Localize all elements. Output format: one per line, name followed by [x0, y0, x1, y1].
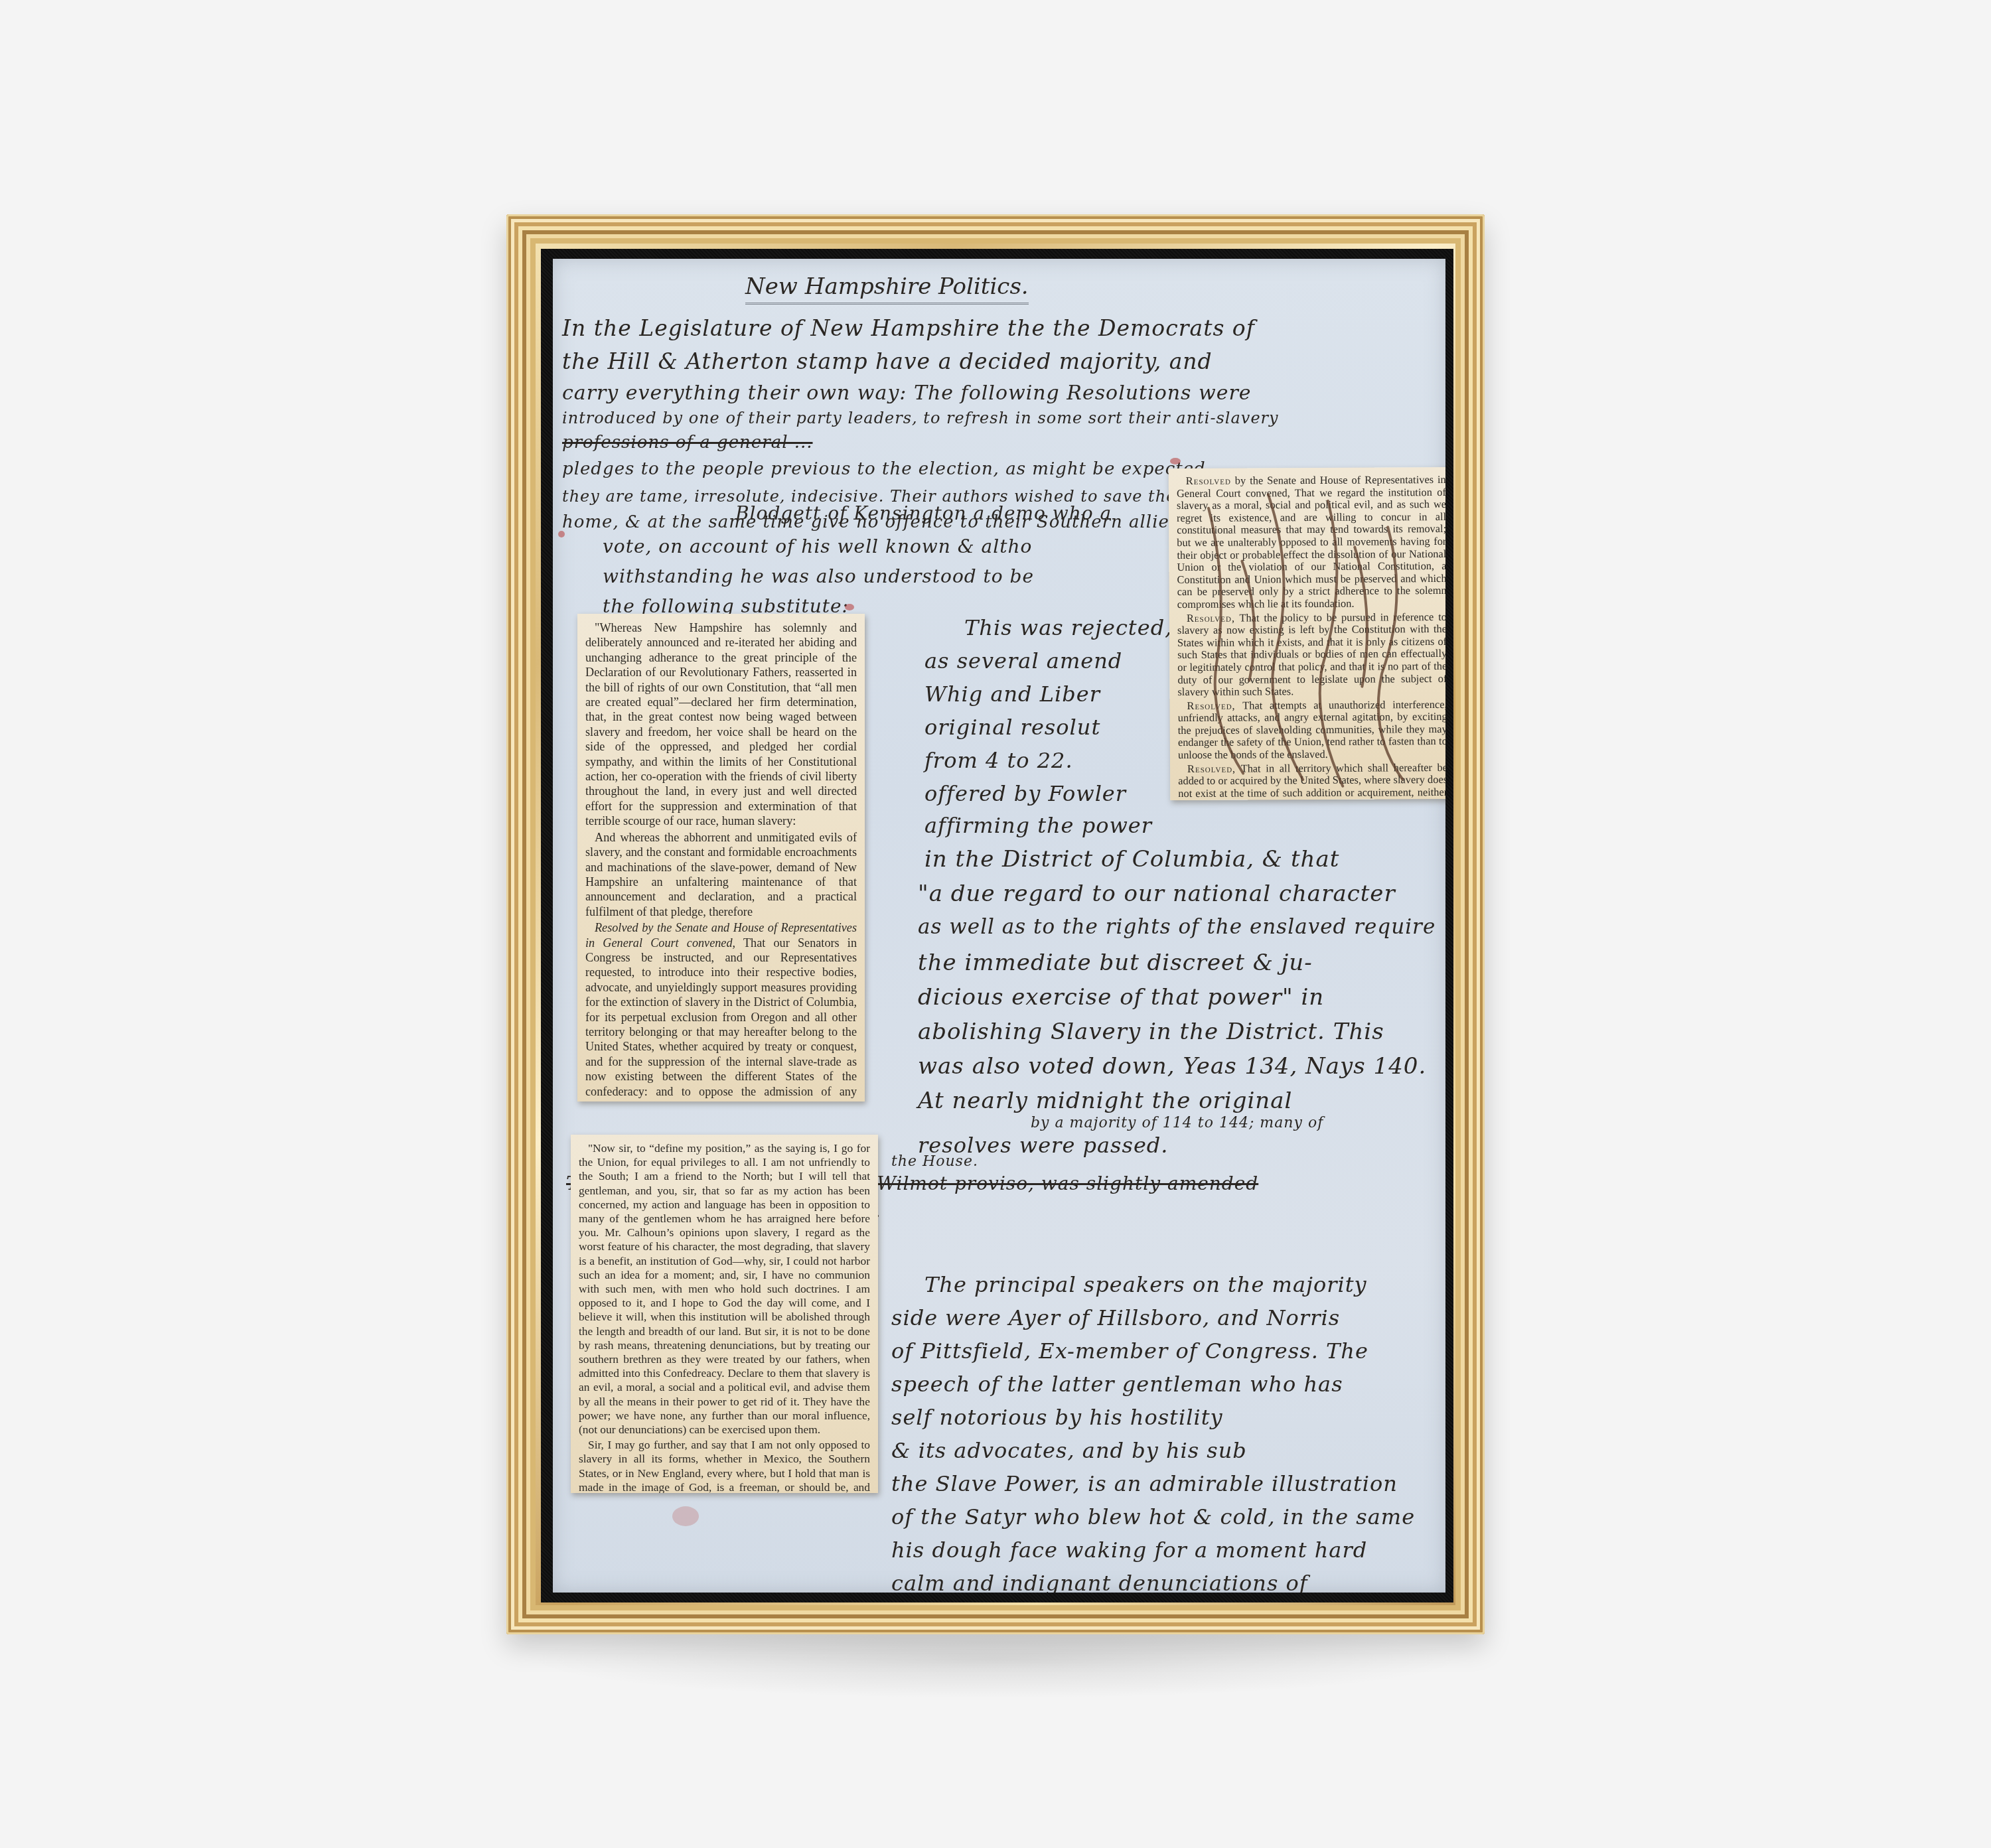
clipping-resolved-lead: Resolved, [1187, 762, 1236, 774]
handwritten-line: The principal speakers on the majority [924, 1274, 1367, 1295]
handwritten-line: introduced by one of their party leaders… [562, 410, 1279, 426]
handwritten-line: the immediate but discreet & ju- [918, 952, 1313, 974]
clipping-text: That the policy to be pursued in referen… [1177, 610, 1445, 698]
handwritten-line-struck: professions of a general ... [562, 434, 1418, 451]
red-ink-spot [1170, 458, 1181, 464]
handwritten-line: from 4 to 22. [924, 750, 1073, 771]
handwritten-line: of Pittsfield, Ex-member of Congress. Th… [891, 1340, 1368, 1362]
clipping-paragraph: "Whereas New Hampshire has solemnly and … [585, 620, 857, 829]
clipping-text: by the Senate and House of Representativ… [1177, 473, 1445, 610]
handwritten-line: At nearly midnight the original [918, 1090, 1292, 1112]
handwritten-line: the Hill & Atherton stamp have a decided… [562, 350, 1213, 372]
clipping-paragraph: Resolved, That the policy to be pursued … [1177, 610, 1445, 698]
clipping-paragraph: Resolved by the Senate and House of Repr… [1177, 474, 1445, 611]
handwritten-line: as well as to the rights of the enslaved… [918, 917, 1436, 938]
clipping-resolved-lead: Resolved, [1187, 611, 1235, 624]
handwritten-line: Whig and Liber [924, 683, 1100, 705]
handwritten-line: self notorious by his hostility [891, 1407, 1223, 1428]
red-ink-spot [558, 531, 565, 537]
clipping-paragraph: Sir, I may go further, and say that I am… [579, 1438, 870, 1493]
handwritten-line: dicious exercise of that power" in [918, 986, 1324, 1009]
handwritten-line: in the District of Columbia, & that [924, 848, 1339, 871]
handwritten-line: carry everything their own way: The foll… [562, 384, 1252, 403]
clipping-paragraph: Resolved, That in all territory which sh… [1178, 762, 1445, 801]
handwritten-line: side were Ayer of Hillsboro, and Norris [891, 1307, 1340, 1328]
handwritten-line: original resolut [924, 717, 1100, 738]
handwritten-insertion: the House. [891, 1155, 978, 1169]
handwritten-line: his dough face waking for a moment hard [891, 1539, 1367, 1561]
handwritten-line: withstanding he was also understood to b… [603, 567, 1034, 586]
red-ink-spot [845, 604, 854, 610]
handwritten-line: calm and indignant denunciations of [891, 1573, 1308, 1593]
handwritten-line: In the Legislature of New Hampshire the … [562, 317, 1255, 339]
clipping-paragraph: And whereas the abhorrent and unmitigate… [585, 830, 857, 919]
handwritten-line: pledges to the people previous to the el… [562, 461, 1206, 478]
handwritten-line: abolishing Slavery in the District. This [918, 1021, 1384, 1043]
clipping-paragraph: Resolved, That attempts at unauthorized … [1178, 699, 1445, 762]
clipping-paragraph: "Now sir, to “define my position,” as th… [579, 1141, 870, 1437]
clipping-paragraph: Resolved by the Senate and House of Repr… [585, 920, 857, 1102]
handwritten-line: & its advocates, and by his sub [891, 1440, 1247, 1461]
handwritten-line: speech of the latter gentleman who has [891, 1374, 1343, 1395]
clipping-resolved-lead: Resolved [1186, 474, 1231, 487]
handwritten-line: affirming the power [924, 815, 1152, 836]
handwritten-line: Blodgett of Kensington a demo who a [735, 504, 1112, 523]
handwritten-line: of the Satyr who blew hot & cold, in the… [891, 1506, 1415, 1528]
handwritten-line: was also voted down, Yeas 134, Nays 140. [918, 1055, 1426, 1078]
handwritten-line: vote, on account of his well known & alt… [603, 537, 1032, 556]
handwritten-line: This was rejected, [964, 617, 1172, 638]
handwritten-line: the Slave Power, is an admirable illustr… [891, 1473, 1398, 1494]
red-stamp-mark [672, 1506, 699, 1526]
newspaper-clipping-original-resolutions: Resolved by the Senate and House of Repr… [1169, 467, 1445, 800]
handwritten-line: offered by Fowler [924, 783, 1126, 804]
newspaper-clipping-norris-speech: "Now sir, to “define my position,” as th… [571, 1135, 878, 1493]
clipping-text: That our Senators in Congress be instruc… [585, 936, 857, 1102]
handwritten-line: the following substitute: [603, 597, 849, 616]
handwritten-line: as several amend [924, 650, 1122, 672]
page-title: New Hampshire Politics. [745, 273, 1029, 305]
handwritten-line: "a due regard to our national character [918, 883, 1396, 905]
clipping-resolved-lead: Resolved, [1187, 699, 1236, 711]
handwritten-insertion: by a majority of 114 to 144; many of [1031, 1116, 1323, 1131]
manuscript-page: New Hampshire Politics. In the Legislatu… [553, 259, 1445, 1593]
newspaper-clipping-resolutions-substitute: "Whereas New Hampshire has solemnly and … [577, 614, 865, 1102]
